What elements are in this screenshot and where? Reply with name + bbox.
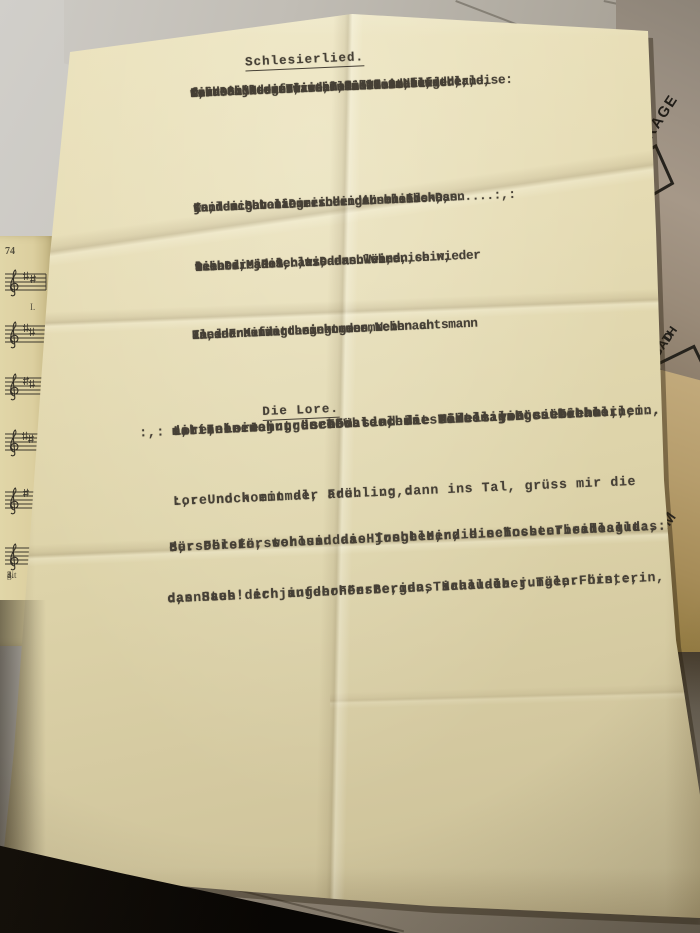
song-title-schlesierlied: Schlesierlied.	[245, 50, 365, 71]
lyric-line: weil ich von Dir scheiden muss.: Dann...…	[193, 188, 516, 215]
lyric-line: das Haus der jungen Försterin. Tirallala…	[167, 573, 579, 606]
sharp-icon	[29, 380, 35, 388]
photo-scene: GARAGE BAD BATH IMM 74 I. 2. git 3. 4. 5	[0, 0, 700, 933]
sharp-icon	[22, 432, 28, 440]
lyric-line: Lore noch einmal, ade....:,:	[173, 484, 414, 510]
sharp-icon	[23, 272, 29, 280]
lyric-line: schtzehn Jahr, Lore.....schöne Mädesl gi…	[172, 404, 644, 438]
verse-number: 5	[7, 570, 12, 582]
left-shadow	[0, 600, 46, 885]
lyric-line: bei Dir sein.:,: Dann ...:,:	[195, 252, 401, 274]
songbook-section-label: I.	[30, 302, 35, 312]
sharp-icon	[29, 328, 35, 336]
lyric-line: wir seh'n uns wieder am Oderstrand.:,:	[190, 75, 469, 100]
typed-text-block: Schlesierlied. Kehr! ich einst in meine …	[95, 15, 700, 909]
songbook-page-number: 74	[5, 246, 15, 257]
sharp-icon	[23, 324, 29, 332]
lyric-line: Kleine Kinder bringt der Weihnachtsmann	[192, 317, 478, 343]
lyric-line: Bürschlein, wohl in das junge Herz hinei…	[169, 519, 675, 555]
typed-song-sheet: Schlesierlied. Kehr! ich einst in meine …	[0, 0, 700, 933]
